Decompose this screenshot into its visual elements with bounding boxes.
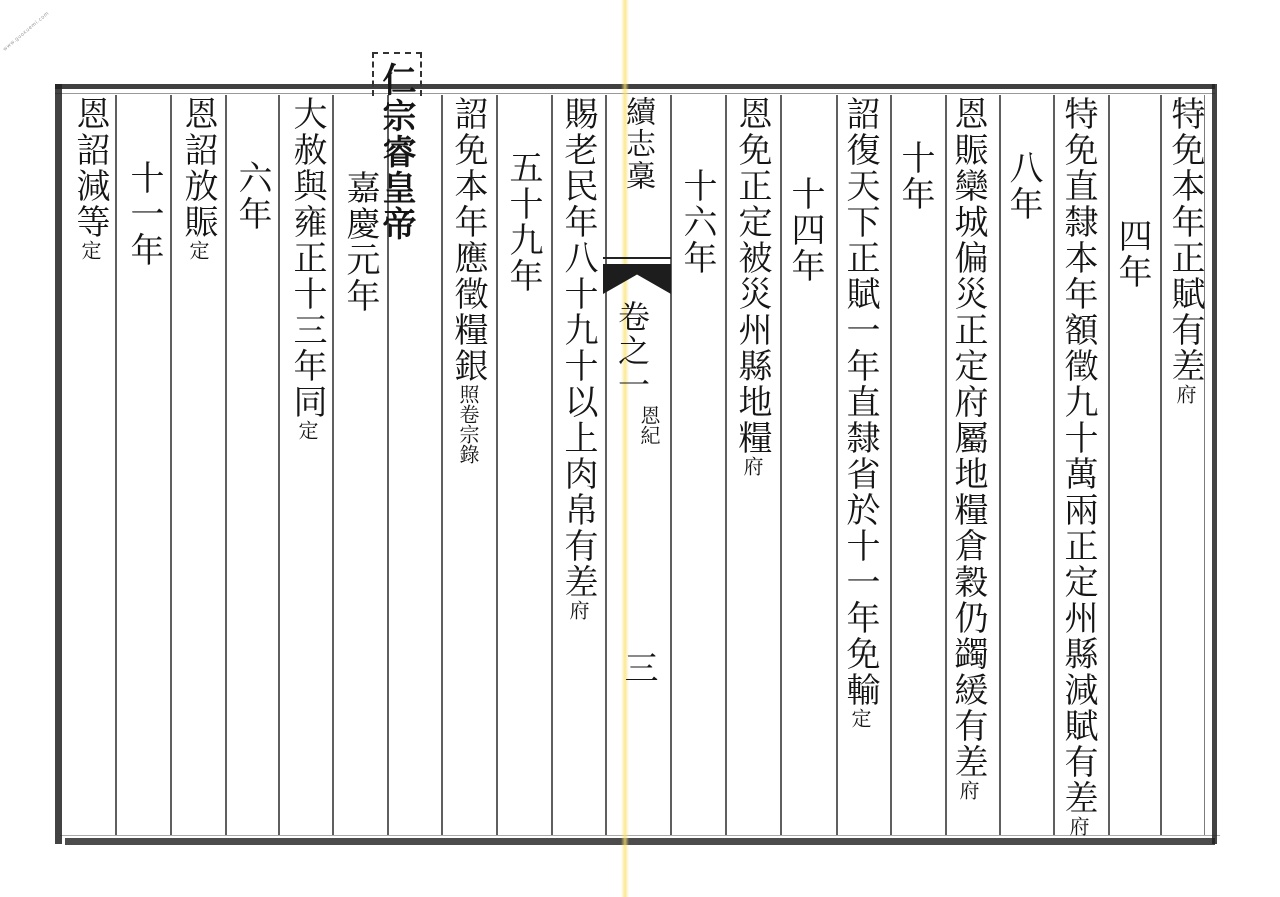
text-column: 八年 bbox=[1003, 150, 1043, 222]
text-column: 十四年 bbox=[785, 176, 825, 284]
year-heading: 十一年 bbox=[124, 160, 164, 268]
column-rule bbox=[670, 95, 672, 835]
column-rule bbox=[605, 95, 607, 835]
volume-label: 卷之一 bbox=[612, 300, 652, 402]
column-note: 府 bbox=[566, 600, 590, 620]
text-column: 賜老民年八十九十以上肉帛有差府 bbox=[558, 96, 598, 620]
frame-bottom-border bbox=[65, 838, 1215, 845]
text-column: 詔復天下正賦一年直隸省於十一年免輸定 bbox=[840, 96, 880, 728]
column-rule bbox=[441, 95, 443, 835]
year-heading: 十年 bbox=[895, 140, 935, 212]
text-column: 嘉慶元年 bbox=[340, 170, 380, 314]
column-text: 恩免正定被災州縣地糧 bbox=[732, 96, 772, 456]
year-heading: 六年 bbox=[232, 160, 272, 232]
text-column: 恩賑欒城偏災正定府屬地糧倉穀仍蠲緩有差府 bbox=[948, 96, 988, 800]
text-column: 恩免正定被災州縣地糧府 bbox=[732, 96, 772, 476]
text-column: 十年 bbox=[895, 140, 935, 212]
year-heading: 十六年 bbox=[677, 168, 717, 276]
text-column: 十六年 bbox=[677, 168, 717, 276]
year-heading: 四年 bbox=[1112, 218, 1152, 290]
column-rule bbox=[170, 95, 172, 835]
text-column: 五十九年 bbox=[503, 150, 543, 294]
text-column: 特免本年正賦有差府 bbox=[1165, 96, 1205, 404]
column-note: 府 bbox=[956, 780, 980, 800]
column-note: 府 bbox=[1066, 816, 1090, 836]
column-rule bbox=[1108, 95, 1110, 835]
column-text: 恩詔減等 bbox=[70, 96, 110, 240]
column-rule bbox=[496, 95, 498, 835]
watermark: www.guoxuemi.com bbox=[2, 10, 51, 52]
column-rule bbox=[945, 95, 947, 835]
column-text: 大赦與雍正十三年同 bbox=[287, 96, 327, 420]
text-column: 六年 bbox=[232, 160, 272, 232]
emperor-name: 仁宗睿皇帝 bbox=[376, 62, 416, 242]
text-column: 大赦與雍正十三年同定 bbox=[287, 96, 327, 440]
column-rule bbox=[836, 95, 838, 835]
frame-top-inner-line bbox=[55, 93, 1215, 94]
column-rule bbox=[278, 95, 280, 835]
column-note: 照卷宗錄 bbox=[448, 384, 488, 464]
column-text: 恩賑欒城偏災正定府屬地糧倉穀仍蠲緩有差 bbox=[948, 96, 988, 780]
section-label: 恩紀 bbox=[637, 405, 661, 445]
year-heading: 十四年 bbox=[785, 176, 825, 284]
column-note: 定 bbox=[295, 420, 319, 440]
text-column: 詔免本年應徵糧銀照卷宗錄 bbox=[448, 96, 488, 464]
fishtail-line bbox=[603, 257, 671, 259]
column-note: 定 bbox=[848, 708, 872, 728]
column-note: 府 bbox=[1173, 384, 1197, 404]
column-rule bbox=[890, 95, 892, 835]
year-heading: 嘉慶元年 bbox=[340, 170, 380, 314]
column-text: 恩詔放賑 bbox=[178, 96, 218, 240]
column-text: 特免本年正賦有差 bbox=[1165, 96, 1205, 384]
column-rule bbox=[725, 95, 727, 835]
text-column: 特免直隸本年額徵九十萬兩正定州縣減賦有差府 bbox=[1058, 96, 1098, 836]
column-note: 府 bbox=[740, 456, 764, 476]
book-title: 續志稾 bbox=[618, 96, 656, 192]
column-rule bbox=[225, 95, 227, 835]
text-column: 四年 bbox=[1112, 218, 1152, 290]
text-column: 恩詔放賑定 bbox=[178, 96, 218, 260]
column-rule bbox=[1160, 95, 1162, 835]
column-rule bbox=[1053, 95, 1055, 835]
frame-right-border bbox=[1212, 84, 1217, 844]
frame-bottom-inner-line bbox=[60, 835, 1220, 836]
column-rule bbox=[999, 95, 1001, 835]
column-note: 定 bbox=[78, 240, 102, 260]
frame-left-border bbox=[55, 84, 62, 844]
column-rule bbox=[332, 95, 334, 835]
column-rule bbox=[551, 95, 553, 835]
column-text: 賜老民年八十九十以上肉帛有差 bbox=[558, 96, 598, 600]
page-number: 三 bbox=[618, 650, 658, 684]
year-heading: 五十九年 bbox=[503, 150, 543, 294]
column-rule bbox=[780, 95, 782, 835]
frame-top-border bbox=[55, 84, 1215, 89]
text-column: 恩詔減等定 bbox=[70, 96, 110, 260]
column-text: 詔免本年應徵糧銀 bbox=[448, 96, 488, 384]
column-text: 詔復天下正賦一年直隸省於十一年免輸 bbox=[840, 96, 880, 708]
text-column: 十一年 bbox=[124, 160, 164, 268]
fishtail-mark-icon bbox=[603, 264, 671, 294]
column-note: 定 bbox=[186, 240, 210, 260]
emperor-heading: 仁宗睿皇帝 bbox=[376, 62, 416, 242]
column-rule bbox=[115, 95, 117, 835]
column-text: 特免直隸本年額徵九十萬兩正定州縣減賦有差 bbox=[1058, 96, 1098, 816]
year-heading: 八年 bbox=[1003, 150, 1043, 222]
